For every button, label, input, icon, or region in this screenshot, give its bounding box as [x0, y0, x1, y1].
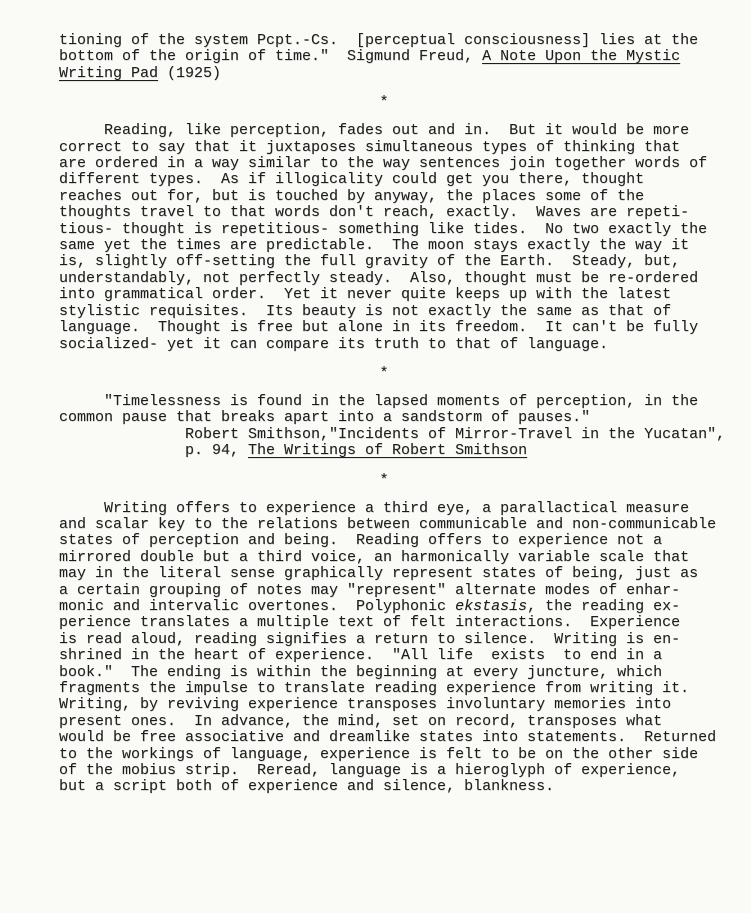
smithson-citation: "Timelessness is found in the lapsed mom… [59, 394, 723, 460]
asterisk-divider-1: * [59, 95, 709, 111]
freud-citation: tioning of the system Pcpt.-Cs. [percept… [59, 33, 723, 82]
reading-paragraph: Reading, like perception, fades out and … [59, 123, 723, 353]
asterisk-divider-3: * [59, 473, 709, 489]
asterisk-divider-2: * [59, 366, 709, 382]
typewritten-page: tioning of the system Pcpt.-Cs. [percept… [0, 0, 751, 913]
writing-paragraph: Writing offers to experience a third eye… [59, 501, 723, 796]
